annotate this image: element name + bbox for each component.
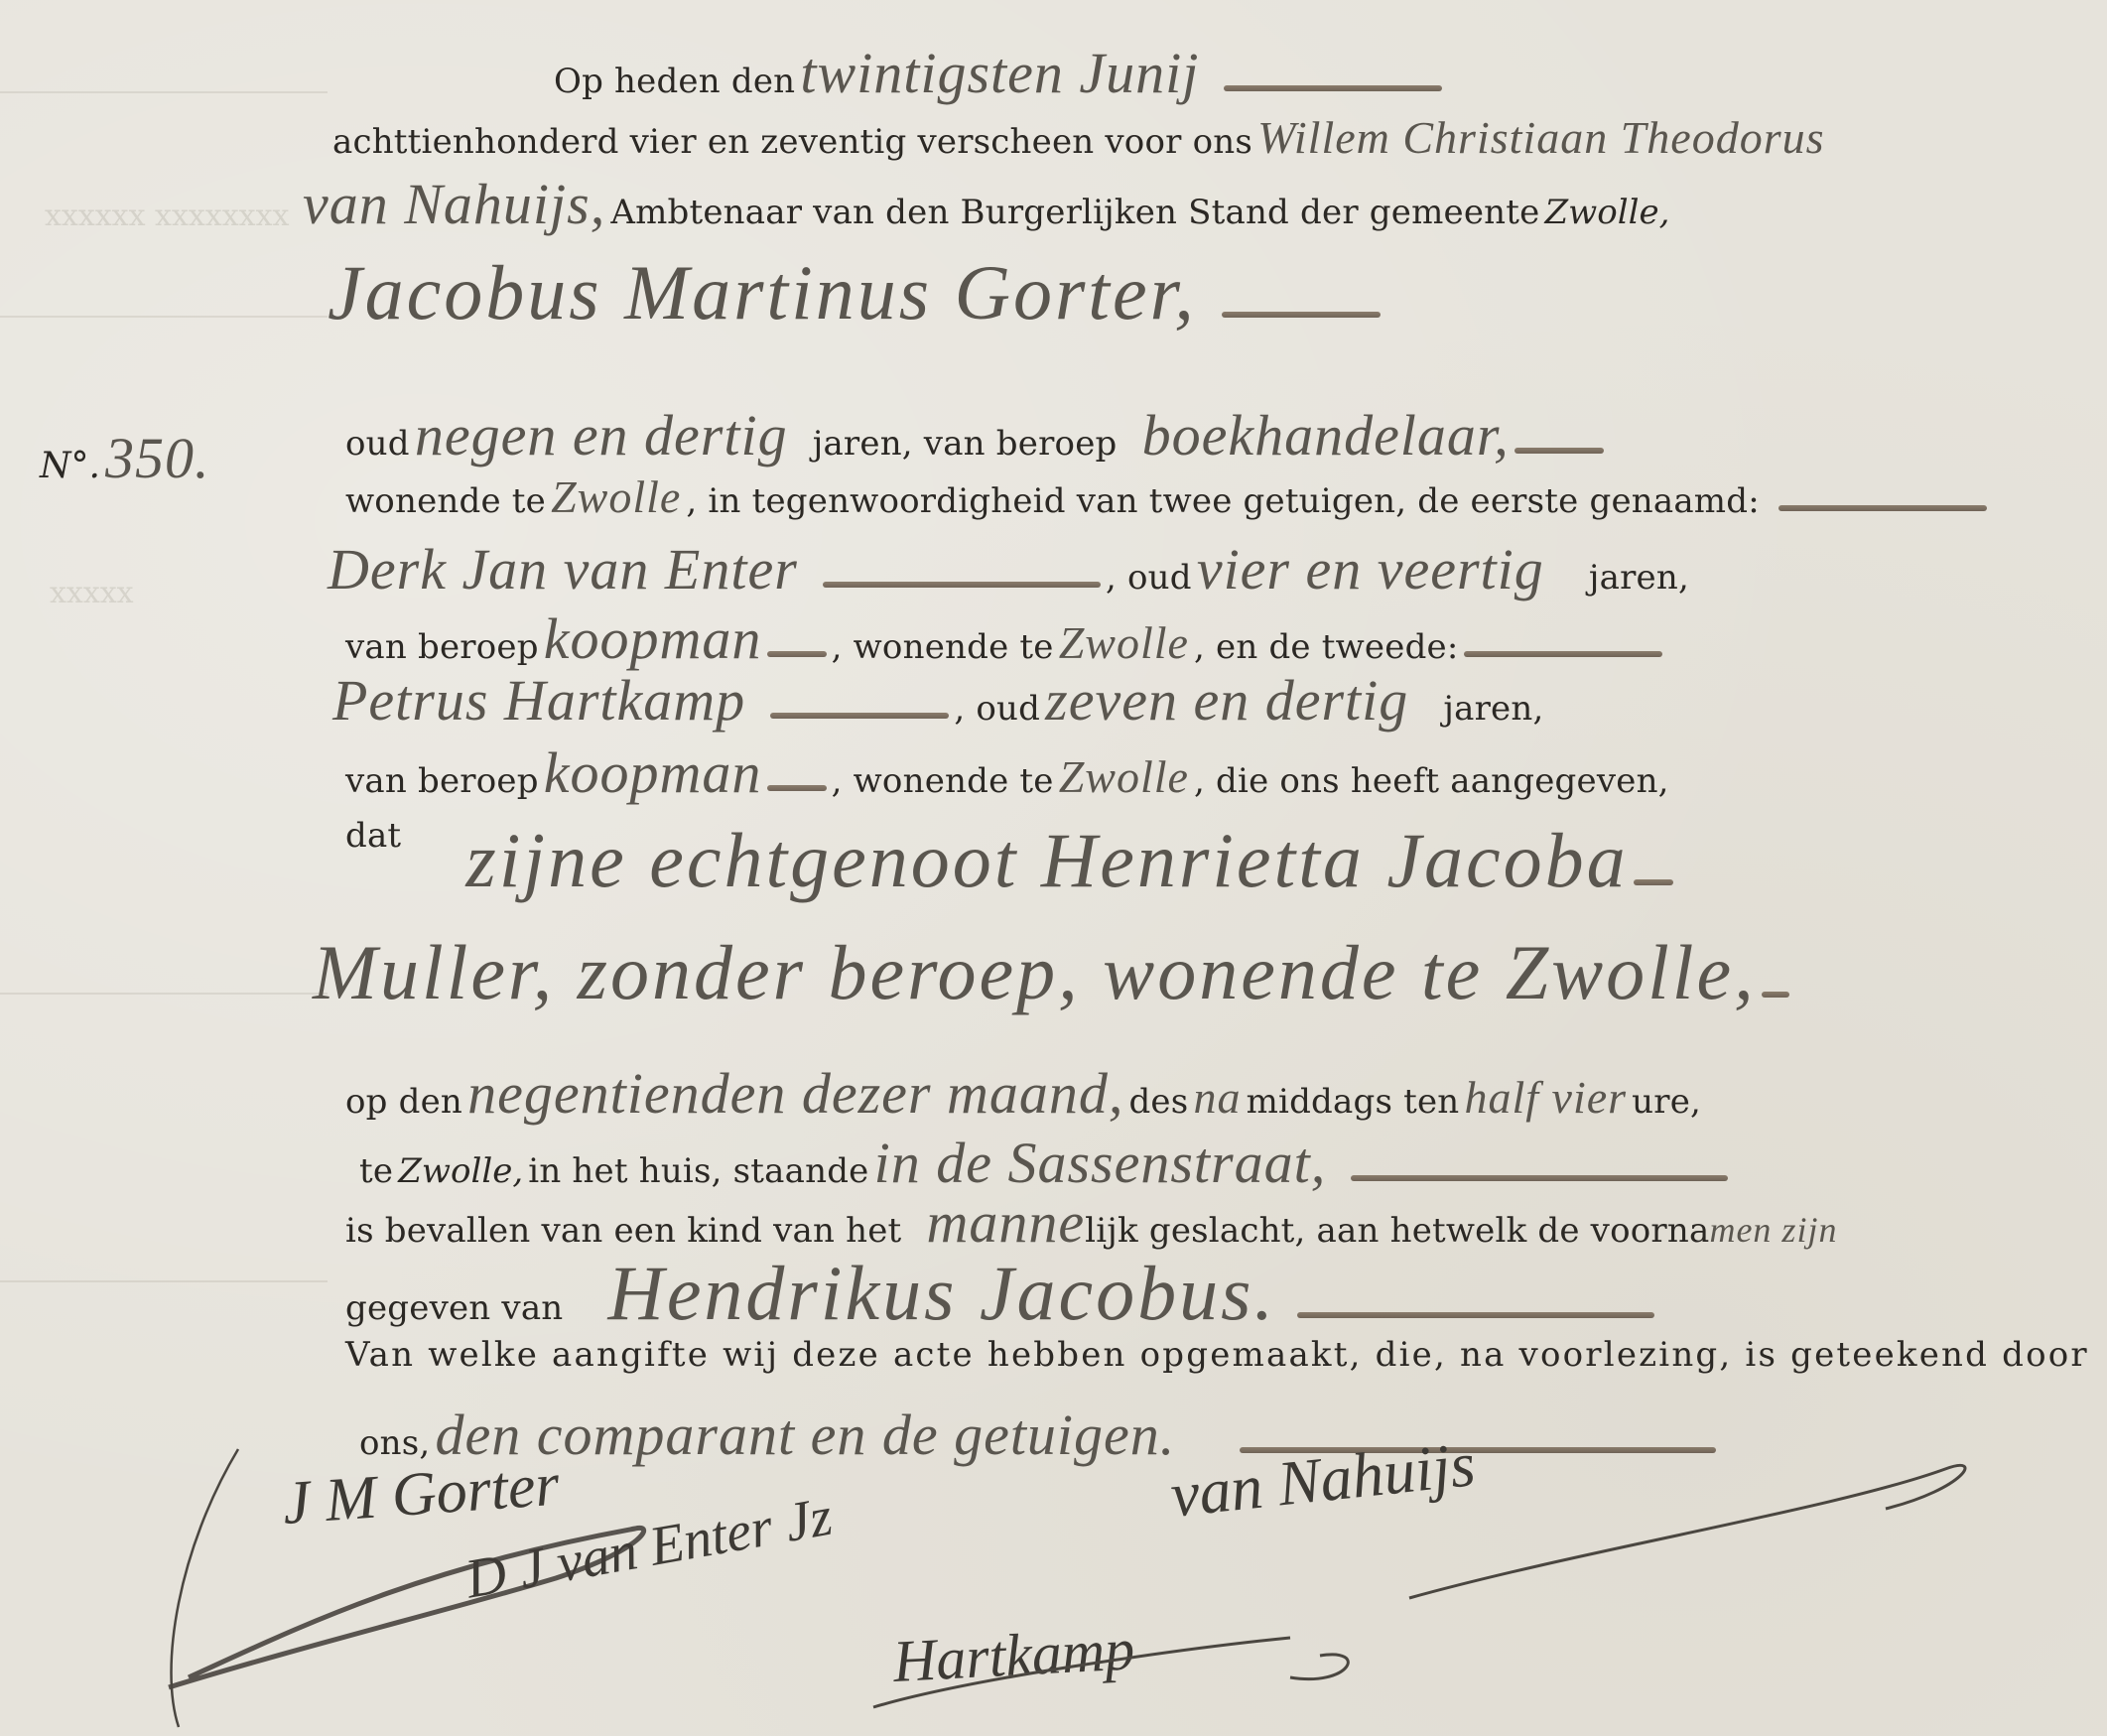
line-official: van Nahuijs, Ambtenaar van den Burgerlij… — [303, 171, 1669, 237]
handwritten-official-surname: van Nahuijs, — [303, 171, 605, 237]
line-mother-details: Muller, zonder beroep, wonende te Zwolle… — [313, 928, 1789, 1017]
bleed-through-text: xxxxx — [50, 576, 134, 610]
printed-text: van beroep — [345, 627, 539, 667]
line-closing: Van welke aangifte wij deze acte hebben … — [345, 1335, 2089, 1375]
handwritten-mother-name: zijne echtgenoot Henrietta Jacoba — [465, 816, 1628, 905]
printed-text: , die ons heeft aangegeven, — [1194, 761, 1669, 801]
handwritten-witness2-residence: Zwolle — [1059, 750, 1189, 803]
entry-number-value: 350. — [105, 425, 210, 491]
printed-text: jaren, — [1589, 558, 1689, 598]
municipality: Zwolle, — [398, 1151, 523, 1191]
printed-text: ure, — [1632, 1082, 1701, 1122]
printed-text: des — [1128, 1082, 1188, 1122]
ghost-rule — [0, 1280, 328, 1282]
register-page: xxxxxx xxxxxxxx xxxxx N°. 350. Op heden … — [0, 0, 2107, 1736]
printed-text: Van welke aangifte wij deze acte hebben … — [345, 1335, 2089, 1375]
line-birth-place: te Zwolle, in het huis, staande in de Sa… — [359, 1130, 1728, 1196]
handwritten-residence: Zwolle — [551, 470, 681, 523]
line-child-sex: is bevallen van een kind van het manneli… — [345, 1189, 1837, 1256]
line-witness1: Derk Jan van Enter , oud vier en veertig… — [328, 536, 1689, 602]
fill-dash — [1351, 1175, 1728, 1181]
line-witness1-occupation: van beroep koopman , wonende te Zwolle ,… — [345, 605, 1662, 672]
signature-declarant: J M Gorter — [281, 1450, 562, 1539]
fill-dash — [767, 651, 827, 657]
handwritten-date: twintigsten Junij — [800, 40, 1199, 106]
line-child-name: gegeven van Hendrikus Jacobus. — [345, 1249, 1654, 1338]
fill-dash — [823, 582, 1101, 588]
handwritten-witness2-name: Petrus Hartkamp — [332, 667, 745, 734]
handwritten-witness1-name: Derk Jan van Enter — [328, 536, 798, 602]
printed-text: is bevallen van een kind van het — [345, 1211, 901, 1251]
handwritten-occupation: boekhandelaar, — [1142, 402, 1510, 468]
ghost-rule — [0, 993, 328, 995]
fill-dash — [1222, 312, 1381, 318]
handwritten-mother-details: Muller, zonder beroep, wonende te Zwolle… — [313, 928, 1757, 1017]
fill-dash — [1224, 85, 1442, 91]
printed-text: Ambtenaar van den Burgerlijken Stand der… — [610, 193, 1539, 232]
fill-dash — [1762, 992, 1789, 998]
printed-text: van beroep — [345, 761, 539, 801]
printed-text: oud — [345, 424, 410, 464]
printed-text: achttienhonderd vier en zeventig versche… — [332, 122, 1252, 162]
fill-dash — [1464, 651, 1662, 657]
printed-text: te — [359, 1151, 393, 1191]
printed-text: op den — [345, 1082, 462, 1122]
bleed-through-text: xxxxxx xxxxxxxx — [45, 199, 289, 233]
line-mother: dat zijne echtgenoot Henrietta Jacoba — [345, 816, 1673, 905]
printed-text: Op heden den — [554, 62, 795, 101]
handwritten-witness2-occupation: koopman — [544, 739, 762, 806]
printed-text: , oud — [954, 689, 1040, 729]
ghost-rule — [0, 91, 328, 93]
printed-text: , wonende te — [832, 761, 1054, 801]
entry-number: N°. 350. — [40, 425, 210, 491]
handwritten-witness1-residence: Zwolle — [1059, 616, 1189, 669]
handwritten-declarant-name: Jacobus Martinus Gorter, — [328, 248, 1197, 337]
handwritten-age: negen en dertig — [415, 402, 788, 468]
line-birth-time: op den negentienden dezer maand, des na … — [345, 1060, 1701, 1127]
fill-dash — [770, 713, 949, 719]
printed-text: in het huis, staande — [528, 1151, 868, 1191]
printed-text: wonende te — [345, 481, 546, 521]
line-date: Op heden den twintigsten Junij — [554, 40, 1442, 106]
handwritten-birth-time: half vier — [1464, 1071, 1627, 1124]
printed-text: lijk geslacht, aan hetwelk de voorna — [1085, 1211, 1709, 1251]
handwritten-birth-street: in de Sassenstraat, — [874, 1130, 1327, 1196]
printed-text: , en de tweede: — [1194, 627, 1458, 667]
line-residence: wonende te Zwolle , in tegenwoordigheid … — [345, 470, 1987, 523]
handwritten-witness1-occupation: koopman — [544, 605, 762, 672]
printed-text: , in tegenwoordigheid van twee getuigen,… — [686, 481, 1759, 521]
ghost-rule — [0, 316, 328, 318]
signature-witness2: Hartkamp — [891, 1615, 1136, 1696]
printed-text: jaren, — [1443, 689, 1543, 729]
line-declarant-age: oud negen en dertig jaren, van beroep bo… — [345, 402, 1604, 468]
printed-text: gegeven van — [345, 1288, 563, 1328]
handwritten-birth-date: negentienden dezer maand, — [467, 1060, 1123, 1127]
line-witness2-occupation: van beroep koopman , wonende te Zwolle ,… — [345, 739, 1669, 806]
printed-text: ons, — [359, 1423, 430, 1463]
handwritten-na: na — [1193, 1071, 1241, 1124]
printed-text: jaren, van beroep — [813, 424, 1118, 464]
line-witness2: Petrus Hartkamp , oud zeven en dertig ja… — [332, 667, 1543, 734]
fill-dash — [1297, 1312, 1654, 1318]
printed-text: middags ten — [1247, 1082, 1460, 1122]
fill-dash — [1634, 879, 1673, 885]
fill-dash — [1778, 505, 1987, 511]
line-declarant: Jacobus Martinus Gorter, — [328, 248, 1381, 337]
handwritten-child-name: Hendrikus Jacobus. — [607, 1249, 1276, 1338]
handwritten-witness1-age: vier en veertig — [1197, 536, 1544, 602]
printed-text: , oud — [1106, 558, 1192, 598]
municipality: Zwolle, — [1545, 193, 1670, 232]
fill-dash — [767, 785, 827, 791]
handwritten-official-name: Willem Christiaan Theodorus — [1257, 111, 1824, 164]
line-signed-by: ons, den comparant en de getuigen. — [359, 1402, 1716, 1468]
fill-dash — [1514, 448, 1604, 454]
handwritten-witness2-age: zeven en dertig — [1045, 667, 1408, 734]
printed-text: , wonende te — [832, 627, 1054, 667]
entry-number-label: N°. — [40, 446, 100, 486]
printed-text: dat — [345, 816, 401, 856]
line-year-official: achttienhonderd vier en zeventig versche… — [332, 111, 1825, 164]
handwritten-sex: manne — [927, 1189, 1086, 1256]
handwritten-voornamen-zijn: men zijn — [1709, 1209, 1837, 1251]
